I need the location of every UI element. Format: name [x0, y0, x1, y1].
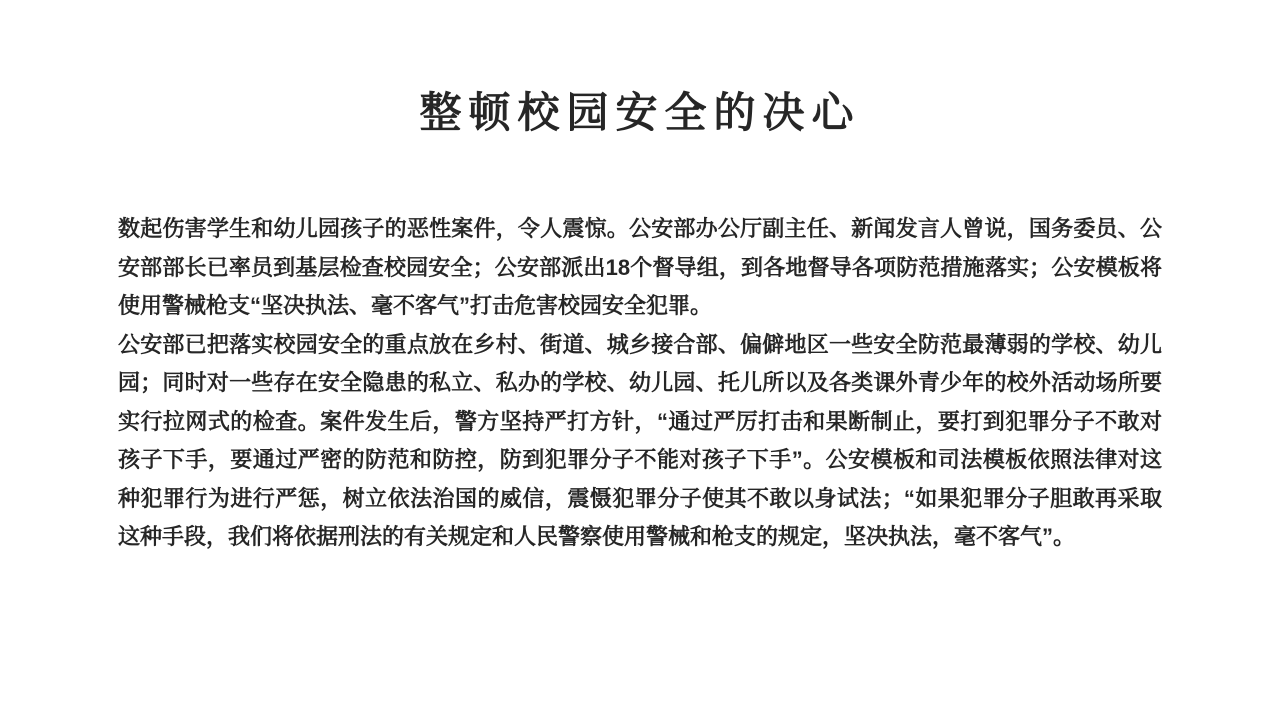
- body-text-block: 数起伤害学生和幼儿园孩子的恶性案件，令人震惊。公安部办公厅副主任、新闻发言人曾说…: [118, 210, 1162, 557]
- page-title: 整顿校园安全的决心: [0, 80, 1280, 140]
- paragraph-2: 公安部已把落实校园安全的重点放在乡村、街道、城乡接合部、偏僻地区一些安全防范最薄…: [118, 326, 1162, 557]
- slide: 整顿校园安全的决心 数起伤害学生和幼儿园孩子的恶性案件，令人震惊。公安部办公厅副…: [0, 0, 1280, 720]
- paragraph-1: 数起伤害学生和幼儿园孩子的恶性案件，令人震惊。公安部办公厅副主任、新闻发言人曾说…: [118, 210, 1162, 326]
